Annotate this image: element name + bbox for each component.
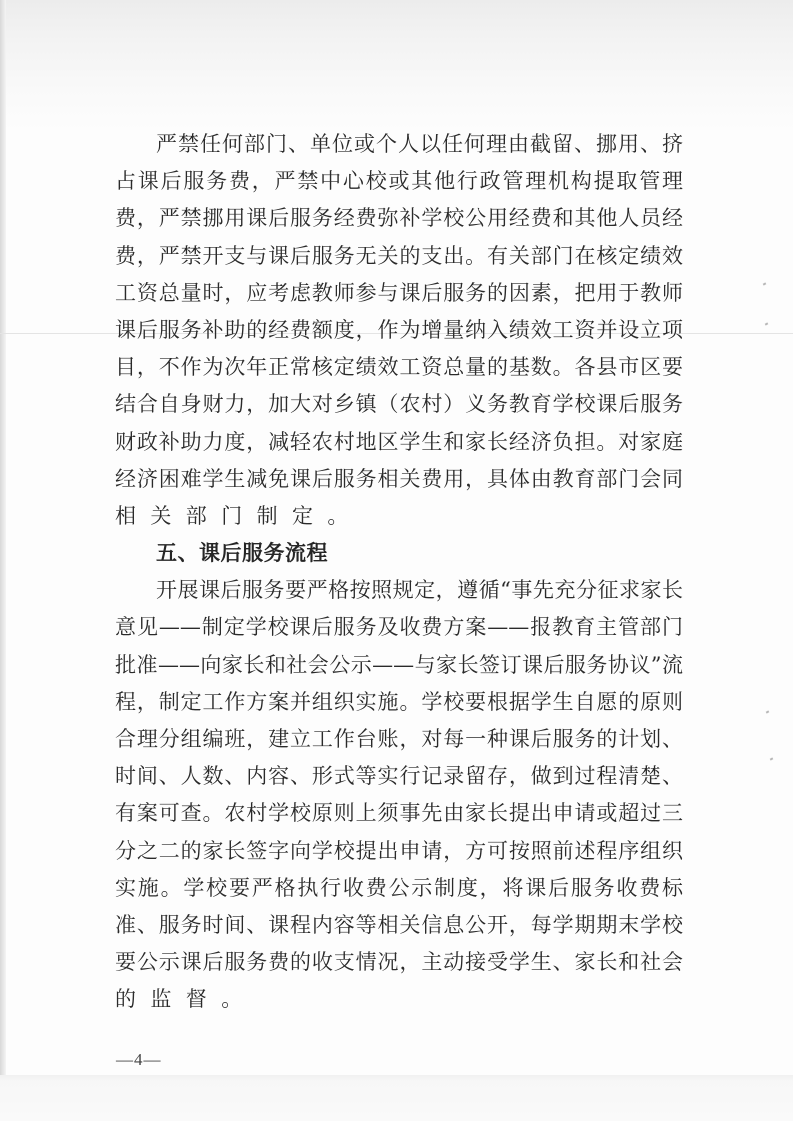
scan-speck xyxy=(766,710,770,713)
section-heading: 五、课后服务流程 xyxy=(115,535,683,572)
scan-speck xyxy=(765,322,769,325)
paragraph-line: 有案可查。农村学校原则上须事先由家长提出申请或超过三 xyxy=(115,795,683,832)
paragraph-line: 开展课后服务要严格按照规定，遵循“事先充分征求家长 xyxy=(115,572,683,609)
scan-speck xyxy=(763,282,767,285)
paragraph-line: 要公示课后服务费的收支情况，主动接受学生、家长和社会 xyxy=(115,944,683,981)
paragraph-line: 分之二的家长签字向学校提出申请，方可按照前述程序组织 xyxy=(115,833,683,870)
paragraph-line: 经济困难学生减免课后服务相关费用，具体由教育部门会同 xyxy=(115,461,683,498)
paragraph-line: 结合自身财力，加大对乡镇（农村）义务教育学校课后服务 xyxy=(115,386,683,423)
paragraph-line: 程，制定工作方案并组织实施。学校要根据学生自愿的原则 xyxy=(115,684,683,721)
document-page: 严禁任何部门、单位或个人以任何理由截留、挪用、挤 占课后服务费，严禁中心校或其他… xyxy=(0,0,793,1121)
paragraph-line: 费，严禁挪用课后服务经费弥补学校公用经费和其他人员经 xyxy=(115,200,683,237)
paragraph-line: 合理分组编班，建立工作台账，对每一种课后服务的计划、 xyxy=(115,721,683,758)
paragraph-line: 占课后服务费，严禁中心校或其他行政管理机构提取管理 xyxy=(115,163,683,200)
paragraph-line: 批准——向家长和社会公示——与家长签订课后服务协议”流 xyxy=(115,647,683,684)
paragraph-line: 严禁任何部门、单位或个人以任何理由截留、挪用、挤 xyxy=(115,126,683,163)
paragraph-line: 实施。学校要严格执行收费公示制度，将课后服务收费标 xyxy=(115,870,683,907)
document-body: 严禁任何部门、单位或个人以任何理由截留、挪用、挤 占课后服务费，严禁中心校或其他… xyxy=(115,126,683,1019)
paragraph-line: 工资总量时，应考虑教师参与课后服务的因素，把用于教师 xyxy=(115,275,683,312)
scan-bottom-band xyxy=(0,1075,793,1121)
paragraph-line: 财政补助力度，减轻农村地区学生和家长经济负担。对家庭 xyxy=(115,424,683,461)
paragraph-line: 课后服务补助的经费额度，作为增量纳入绩效工资并设立项 xyxy=(115,312,683,349)
paragraph-line: 时间、人数、内容、形式等实行记录留存，做到过程清楚、 xyxy=(115,758,683,795)
paragraph-line: 费，严禁开支与课后服务无关的支出。有关部门在核定绩效 xyxy=(115,238,683,275)
paragraph-line: 准、服务时间、课程内容等相关信息公开，每学期期末学校 xyxy=(115,907,683,944)
page-number: —4— xyxy=(116,1050,162,1070)
paragraph-line: 目，不作为次年正常核定绩效工资总量的基数。各县市区要 xyxy=(115,349,683,386)
scan-speck xyxy=(770,757,774,760)
paragraph-service-process: 开展课后服务要严格按照规定，遵循“事先充分征求家长 意见——制定学校课后服务及收… xyxy=(115,572,683,1018)
paragraph-funding-rules: 严禁任何部门、单位或个人以任何理由截留、挪用、挤 占课后服务费，严禁中心校或其他… xyxy=(115,126,683,535)
paragraph-line: 相关部门制定。 xyxy=(115,498,683,535)
scan-left-edge xyxy=(0,0,6,1121)
paragraph-line: 的监督。 xyxy=(115,981,683,1018)
paragraph-line: 意见——制定学校课后服务及收费方案——报教育主管部门 xyxy=(115,609,683,646)
